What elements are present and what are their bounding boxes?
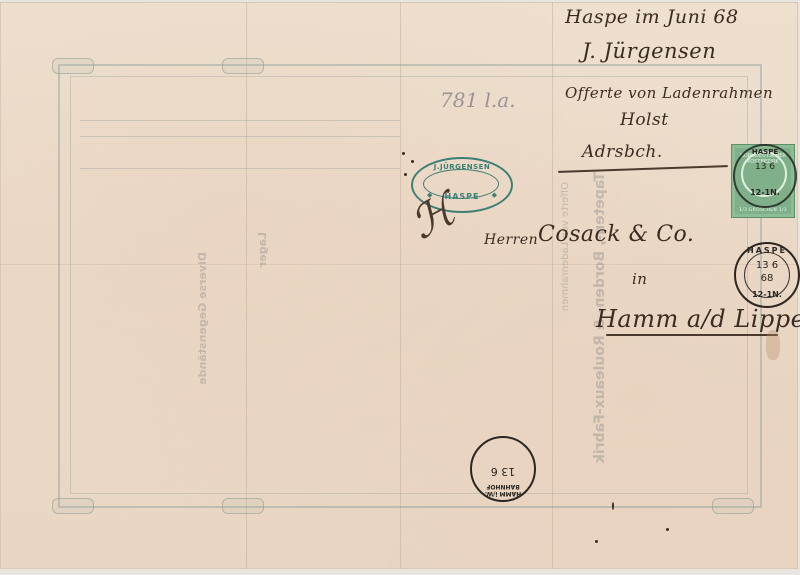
- address-city: Hamm a/d Lippe: [596, 305, 800, 333]
- sender-name: J. Jürgensen: [582, 39, 716, 63]
- stamp-company-name: J.JÜRGENSEN: [413, 163, 511, 171]
- sender-note-holst: Holst: [620, 110, 669, 130]
- ink-spot: [612, 502, 614, 510]
- ink-spot: [595, 540, 598, 543]
- origin-postmark: HASPE 13 6 68 12-1N.: [734, 242, 800, 308]
- paper-stain: [766, 330, 780, 360]
- postmark-year: 68: [736, 273, 798, 284]
- printed-label-mirrored: Lager: [256, 232, 269, 267]
- stamp-value: 1/3 GROSCHEN 1/3: [732, 208, 794, 213]
- ink-spot: [404, 173, 407, 176]
- sender-subject: Offerte von Ladenrahmen: [565, 84, 773, 102]
- postmark-date: 13 6: [736, 260, 798, 271]
- arrival-postmark: HAMM i/W. BAHNHOF 13 6: [470, 436, 536, 502]
- stamp-cancellation: HASPE 13 6 12-1N.: [733, 144, 797, 208]
- postmark-time: 12-1N.: [736, 290, 798, 299]
- sender-place-date: Haspe im Juni 68: [565, 6, 739, 28]
- frame-ornament: [222, 498, 264, 514]
- address-recipient: Cosack & Co.: [538, 222, 694, 247]
- address-underline: [606, 334, 778, 336]
- address-preposition: in: [632, 270, 647, 288]
- frame-ornament: [712, 498, 754, 514]
- frame-ornament: [222, 58, 264, 74]
- ink-spot: [402, 152, 405, 155]
- form-rule: [80, 120, 400, 121]
- address-salutation: Herren: [484, 232, 538, 248]
- ink-spot: [411, 160, 414, 163]
- sender-note-abbrev: Adrsbch.: [582, 142, 663, 162]
- postmark-date: 13 6: [472, 465, 534, 478]
- postmark-town: HASPE: [736, 246, 798, 255]
- pencil-annotation: 781 l.a.: [440, 88, 516, 112]
- ink-spot: [666, 528, 669, 531]
- postmark-town: HAMM i/W. BAHNHOF: [472, 483, 534, 497]
- printed-section-mirrored: Diverse Gegenstände: [196, 252, 209, 385]
- frame-ornament: [52, 498, 94, 514]
- frame-ornament: [52, 58, 94, 74]
- form-rule: [80, 136, 400, 137]
- form-rule: [80, 168, 400, 169]
- letter-sheet: Tapeten-, Borden- & Rouleaux-Fabrik Offe…: [0, 2, 798, 569]
